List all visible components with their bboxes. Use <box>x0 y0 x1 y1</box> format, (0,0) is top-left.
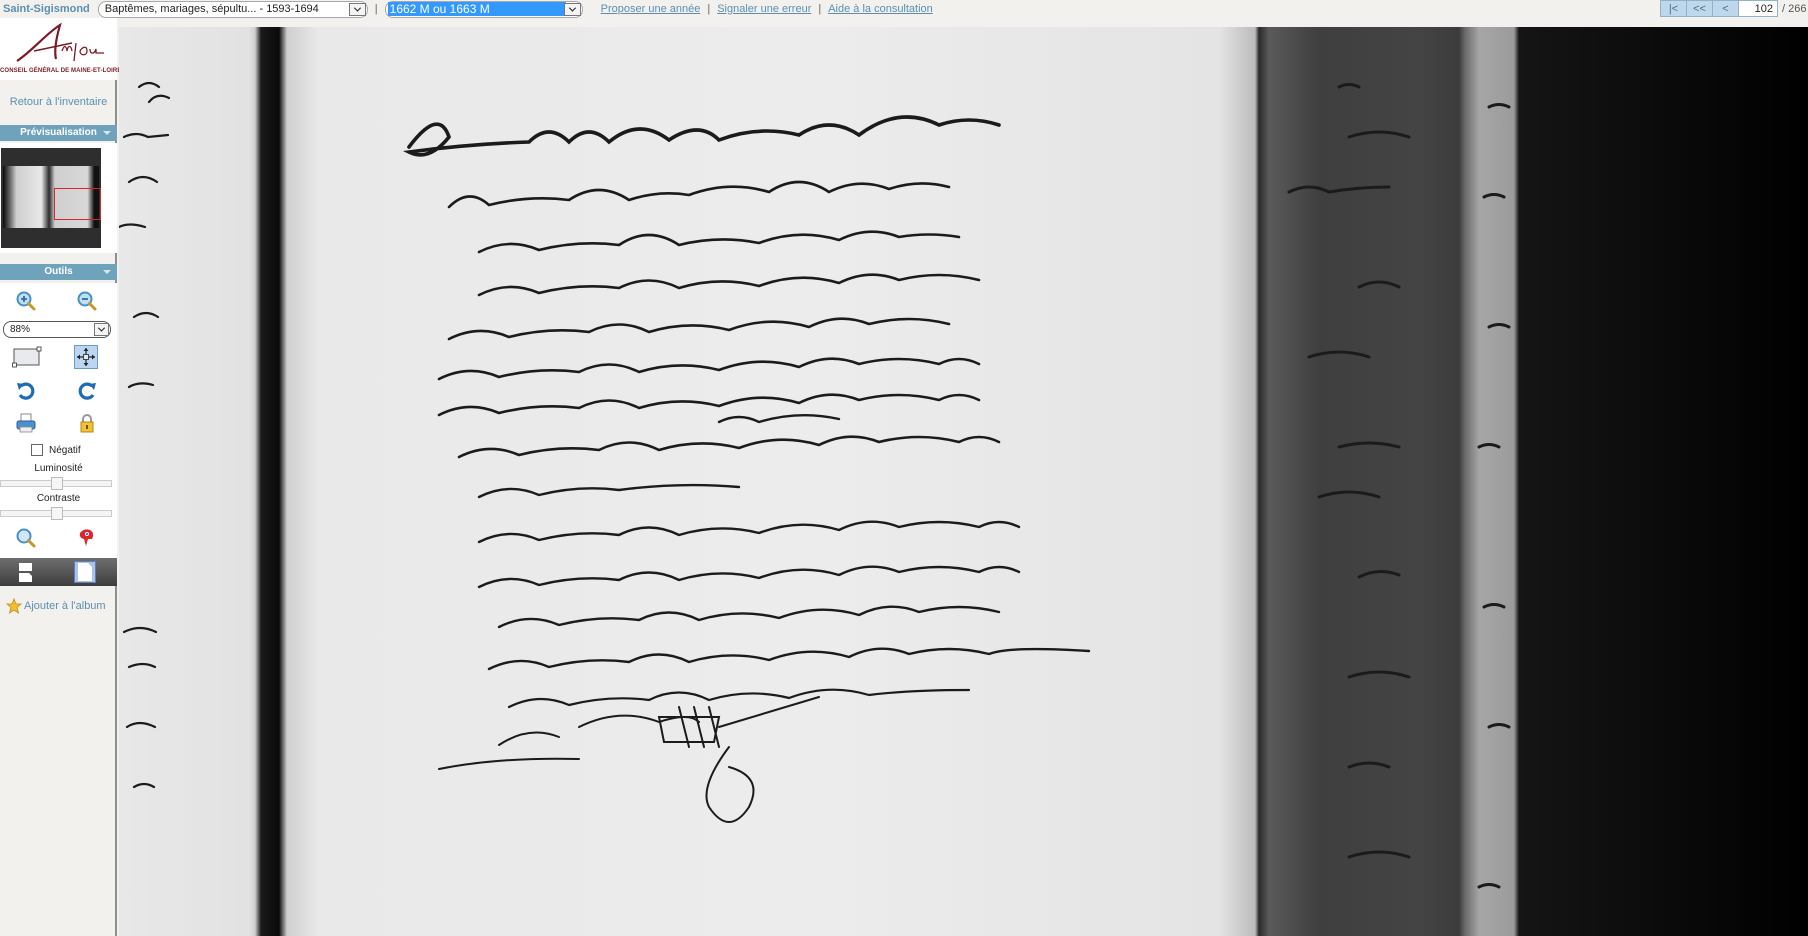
negative-checkbox[interactable] <box>31 444 43 456</box>
contrast-slider-handle[interactable] <box>51 507 63 520</box>
document-viewer[interactable] <box>119 27 1808 936</box>
preview-panel <box>0 143 117 253</box>
commune-name: Saint-Sigismond <box>3 3 90 15</box>
previous-page-button[interactable]: < <box>1712 0 1739 17</box>
separator: | <box>375 3 378 15</box>
back-to-inventory-link[interactable]: Retour à l'inventaire <box>0 96 117 108</box>
tools-panel-header[interactable]: Outils <box>0 264 117 280</box>
zoom-level-value: 88% <box>10 324 30 335</box>
preview-thumbnail[interactable] <box>1 148 101 248</box>
chevron-down-icon[interactable] <box>349 3 366 16</box>
single-page-button[interactable] <box>74 561 96 583</box>
tools-panel: 88% <box>0 283 117 558</box>
help-link[interactable]: Aide à la consultation <box>828 3 933 15</box>
anjou-logo-icon <box>12 21 107 67</box>
tools-panel-title: Outils <box>44 266 72 277</box>
brightness-slider[interactable] <box>0 480 112 487</box>
page-total: / 266 <box>1778 0 1808 17</box>
chevron-down-icon[interactable] <box>564 3 581 16</box>
annotate-button[interactable] <box>75 526 99 550</box>
star-icon <box>6 598 22 614</box>
add-to-album-label: Ajouter à l'album <box>24 600 106 612</box>
zoom-level-select[interactable]: 88% <box>3 321 111 338</box>
zoom-out-icon <box>76 290 98 312</box>
fit-rectangle-icon <box>12 346 42 368</box>
preview-panel-title: Prévisualisation <box>20 127 97 138</box>
rotate-left-button[interactable] <box>14 379 38 403</box>
zoom-in-button[interactable] <box>14 289 38 313</box>
view-mode-bar <box>0 558 117 586</box>
move-arrows-icon <box>76 347 96 367</box>
handwriting-strokes <box>119 27 1808 936</box>
single-page-icon <box>78 563 92 581</box>
scanned-register-page <box>119 27 1808 936</box>
logo-subtitle: CONSEIL GÉNÉRAL DE MAINE-ET-LOIRE <box>0 68 117 74</box>
fast-back-button[interactable]: << <box>1686 0 1713 17</box>
register-select[interactable]: Baptêmes, mariages, sépultu... - 1593-16… <box>98 1 368 18</box>
lock-button[interactable] <box>75 411 99 435</box>
contrast-slider[interactable] <box>0 510 112 517</box>
red-marker-icon <box>76 527 98 549</box>
contrast-label: Contraste <box>0 493 117 504</box>
lock-icon <box>76 412 98 434</box>
top-toolbar: Saint-Sigismond Baptêmes, mariages, sépu… <box>0 0 1808 18</box>
print-button[interactable] <box>14 411 38 435</box>
page-navigator: |< << < 102 / 266 <box>1661 0 1808 17</box>
first-page-button[interactable]: |< <box>1660 0 1687 17</box>
anjou-logo[interactable]: CONSEIL GÉNÉRAL DE MAINE-ET-LOIRE <box>0 18 117 80</box>
magnifier-icon <box>15 527 37 549</box>
split-page-icon <box>19 563 32 582</box>
collapse-icon[interactable] <box>103 131 111 135</box>
register-select-value: Baptêmes, mariages, sépultu... - 1593-16… <box>105 3 319 15</box>
brightness-slider-handle[interactable] <box>51 477 63 490</box>
year-select[interactable]: 1662 M ou 1663 M <box>385 1 583 18</box>
rotate-left-icon <box>15 380 37 402</box>
pan-tool-button[interactable] <box>74 345 98 369</box>
rotate-right-button[interactable] <box>75 379 99 403</box>
zoom-in-icon <box>15 290 37 312</box>
preview-panel-header[interactable]: Prévisualisation <box>0 125 117 141</box>
chevron-down-icon[interactable] <box>94 323 109 336</box>
printer-icon <box>15 412 37 434</box>
brightness-label: Luminosité <box>0 463 117 474</box>
zoom-out-button[interactable] <box>75 289 99 313</box>
fit-page-button[interactable] <box>12 345 42 369</box>
report-error-link[interactable]: Signaler une erreur <box>717 3 811 15</box>
separator: | <box>818 3 821 15</box>
negative-label: Négatif <box>49 445 81 456</box>
magnifier-button[interactable] <box>14 526 38 550</box>
rotate-right-icon <box>76 380 98 402</box>
separator: | <box>707 3 710 15</box>
collapse-icon[interactable] <box>103 270 111 274</box>
year-select-value: 1662 M ou 1663 M <box>388 2 566 16</box>
negative-toggle[interactable]: Négatif <box>31 444 81 456</box>
page-number-input[interactable]: 102 <box>1738 0 1778 17</box>
add-to-album-link[interactable]: Ajouter à l'album <box>6 598 106 614</box>
propose-year-link[interactable]: Proposer une année <box>601 3 701 15</box>
viewport-frame[interactable] <box>54 188 101 220</box>
double-page-button[interactable] <box>19 563 32 582</box>
